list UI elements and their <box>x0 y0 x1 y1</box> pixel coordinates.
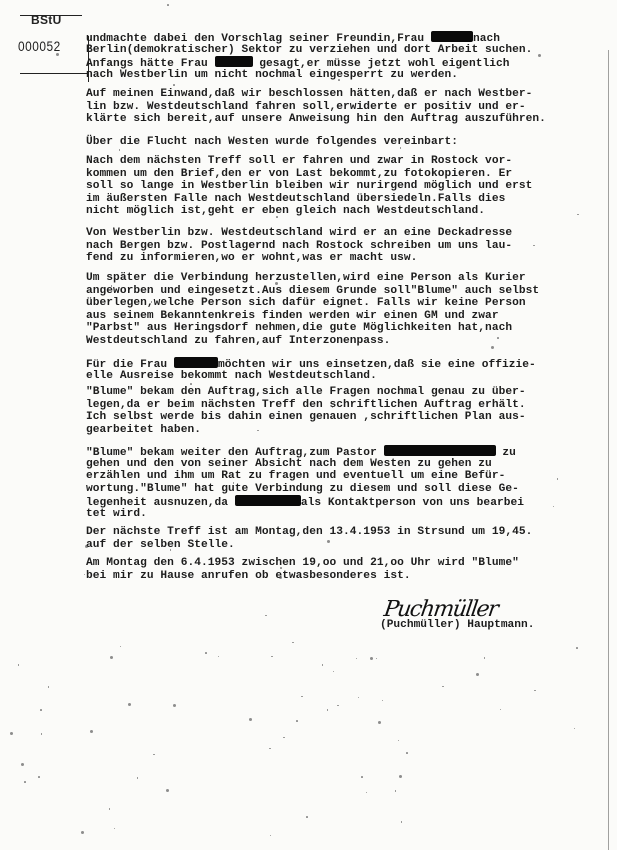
scan-speck <box>378 721 381 724</box>
scan-speck <box>276 216 278 218</box>
text-segment: Um später die Verbindung herzustellen,wi… <box>86 272 526 284</box>
text-line: erzählen und ihm um Rat zu fragen und ev… <box>86 470 505 482</box>
scan-speck <box>137 777 139 779</box>
text-line: "Blume" bekam den Auftrag,sich alle Frag… <box>86 386 526 398</box>
scan-speck <box>322 664 324 666</box>
text-segment: Nach dem nächsten Treff soll er fahren u… <box>86 155 512 167</box>
scan-speck <box>18 664 20 666</box>
text-segment: zu <box>496 447 516 459</box>
text-segment: wortung."Blume" hat gute Verbindung zu d… <box>86 483 519 495</box>
scan-speck <box>249 718 252 721</box>
text-segment: Auf meinen Einwand,daß wir beschlossen h… <box>86 88 532 100</box>
text-line: bei mir zu Hause anrufen ob etwasbesonde… <box>86 570 411 582</box>
scan-speck <box>109 808 111 810</box>
text-line: gearbeitet haben. <box>86 424 201 436</box>
text-segment: klärte sich bereit,auf unsere Anweisung … <box>86 113 546 125</box>
scan-speck <box>553 506 555 508</box>
text-line: fend zu informieren,wo er wohnt,was er m… <box>86 252 417 264</box>
document-page: BStU 000052 undmachte dabei den Vorschla… <box>0 0 617 850</box>
archive-label: BStU <box>31 13 62 27</box>
scan-speck <box>170 549 172 551</box>
scan-speck <box>265 615 267 617</box>
text-line: aus seinem Bekanntenkreis finden werden … <box>86 310 499 322</box>
text-segment: erzählen und ihm um Rat zu fragen und ev… <box>86 470 505 482</box>
text-segment: "Blume" bekam den Auftrag,sich alle Frag… <box>86 386 526 398</box>
text-line: Um später die Verbindung herzustellen,wi… <box>86 272 526 284</box>
scan-speck <box>356 658 358 660</box>
scan-speck <box>533 245 535 247</box>
text-segment: angeworben und eingesetzt.Aus diesem Gru… <box>86 285 539 297</box>
scan-speck <box>332 407 334 409</box>
text-line: Auf meinen Einwand,daß wir beschlossen h… <box>86 88 532 100</box>
scan-speck <box>337 705 339 707</box>
text-line: legenheit ausnuzen,da als Kontaktperson … <box>86 495 524 509</box>
scan-speck <box>270 835 272 837</box>
scan-speck <box>85 545 88 548</box>
text-line: nach Bergen bzw. Postlagernd nach Rostoc… <box>86 240 512 252</box>
text-segment: gearbeitet haben. <box>86 424 201 436</box>
text-segment: lin bzw. Westdeutschland fahren soll,erw… <box>86 101 526 113</box>
text-segment: als Kontaktperson von uns bearbei <box>301 497 524 509</box>
scan-speck <box>271 656 273 658</box>
scan-speck <box>257 430 259 432</box>
scan-speck <box>327 709 329 711</box>
scan-speck <box>24 781 26 783</box>
scan-speck <box>576 647 578 649</box>
scan-speck <box>283 737 285 739</box>
scan-speck <box>190 383 192 385</box>
scan-speck <box>577 214 579 216</box>
scan-speck <box>128 703 131 706</box>
text-line: lin bzw. Westdeutschland fahren soll,erw… <box>86 101 526 113</box>
text-segment: überlegen,welche Person sich dafür eigne… <box>86 297 526 309</box>
text-line: elle Ausreise bekommt nach Westdeutschla… <box>86 370 377 382</box>
text-segment: kommen um den Brief,den er von Last beko… <box>86 168 512 180</box>
scan-speck <box>395 790 397 792</box>
scan-speck <box>296 720 298 722</box>
scan-speck <box>114 828 116 830</box>
scan-speck <box>205 652 207 654</box>
scan-speck <box>280 567 282 569</box>
redaction-block <box>384 445 496 456</box>
scan-speck <box>497 337 499 339</box>
scan-speck <box>401 821 403 823</box>
text-line: wortung."Blume" hat gute Verbindung zu d… <box>86 483 519 495</box>
text-segment: aus seinem Bekanntenkreis finden werden … <box>86 310 499 322</box>
text-segment: nicht möglich ist,geht er eben gleich na… <box>86 205 485 217</box>
scan-speck <box>476 673 479 676</box>
text-segment: nach Bergen bzw. Postlagernd nach Rostoc… <box>86 240 512 252</box>
page-edge <box>608 50 609 850</box>
text-segment: legen,da er beim nächsten Treff den schr… <box>86 399 526 411</box>
text-line: überlegen,welche Person sich dafür eigne… <box>86 297 526 309</box>
scan-speck <box>111 285 113 287</box>
scan-speck <box>173 84 175 86</box>
text-line: kommen um den Brief,den er von Last beko… <box>86 168 512 180</box>
scan-speck <box>376 658 378 660</box>
scan-speck <box>90 730 93 733</box>
scan-speck <box>167 4 169 6</box>
scan-speck <box>433 171 435 173</box>
text-line: nach Westberlin um nicht nochmal eingesp… <box>86 69 458 81</box>
text-segment: Ich selbst werde bis dahin einen genauen… <box>86 411 526 423</box>
archive-page-number: 000052 <box>18 39 61 54</box>
text-line: im äußersten Falle nach Westdeutschland … <box>86 193 505 205</box>
text-segment: Berlin(demokratischer) Sektor zu verzieh… <box>86 44 532 56</box>
text-segment: elle Ausreise bekommt nach Westdeutschla… <box>86 370 377 382</box>
text-segment: auf der selben Stelle. <box>86 539 235 551</box>
text-segment: Über die Flucht nach Westen wurde folgen… <box>86 136 458 148</box>
scan-speck <box>10 732 13 735</box>
text-segment: Am Montag den 6.4.1953 zwischen 19,oo un… <box>86 557 519 569</box>
text-line: klärte sich bereit,auf unsere Anweisung … <box>86 113 546 125</box>
scan-speck <box>484 657 486 659</box>
scan-speck <box>491 346 494 349</box>
redaction-block <box>431 31 473 42</box>
scan-speck <box>40 709 42 711</box>
text-segment: tet wird. <box>86 508 147 520</box>
scan-speck <box>38 776 40 778</box>
text-line: Von Westberlin bzw. Westdeutschland wird… <box>86 227 512 239</box>
scan-speck <box>48 686 50 688</box>
redaction-block <box>235 495 301 506</box>
scan-speck <box>538 54 541 57</box>
scan-speck <box>400 147 402 149</box>
scan-speck <box>327 540 330 543</box>
scan-speck <box>292 642 294 644</box>
text-segment: gehen und den von seiner Absicht nach de… <box>86 458 492 470</box>
scan-speck <box>56 53 59 56</box>
text-line: angeworben und eingesetzt.Aus diesem Gru… <box>86 285 539 297</box>
scan-speck <box>166 789 169 792</box>
text-segment: Westdeutschland zu fahren,auf Interzonen… <box>86 335 390 347</box>
scan-speck <box>370 657 373 660</box>
signature-typed-name: (Puchmüller) Hauptmann. <box>380 619 534 631</box>
text-segment: Der nächste Treff ist am Montag,den 13.4… <box>86 526 532 538</box>
scan-speck <box>399 775 402 778</box>
text-segment: "Parbst" aus Heringsdorf nehmen,die gute… <box>86 322 512 334</box>
text-line: legen,da er beim nächsten Treff den schr… <box>86 399 526 411</box>
scan-speck <box>218 656 220 658</box>
text-line: Über die Flucht nach Westen wurde folgen… <box>86 136 458 148</box>
text-segment: soll so lange in Westberlin bleiben wir … <box>86 180 532 192</box>
text-line: Berlin(demokratischer) Sektor zu verzieh… <box>86 44 532 56</box>
scan-speck <box>269 748 271 750</box>
text-line: Westdeutschland zu fahren,auf Interzonen… <box>86 335 390 347</box>
text-line: Nach dem nächsten Treff soll er fahren u… <box>86 155 512 167</box>
text-segment: im äußersten Falle nach Westdeutschland … <box>86 193 505 205</box>
scan-speck <box>333 671 335 673</box>
text-line: nicht möglich ist,geht er eben gleich na… <box>86 205 485 217</box>
text-line: "Parbst" aus Heringsdorf nehmen,die gute… <box>86 322 512 334</box>
scan-speck <box>382 700 384 702</box>
scan-speck <box>500 709 502 711</box>
scan-speck <box>534 690 536 692</box>
text-segment: fend zu informieren,wo er wohnt,was er m… <box>86 252 417 264</box>
header-rule-bottom <box>20 73 88 74</box>
scan-speck <box>306 816 308 818</box>
text-segment: bei mir zu Hause anrufen ob etwasbesonde… <box>86 570 411 582</box>
text-segment: nach Westberlin um nicht nochmal eingesp… <box>86 69 458 81</box>
text-line: Ich selbst werde bis dahin einen genauen… <box>86 411 526 423</box>
scan-speck <box>358 697 360 699</box>
text-line: gehen und den von seiner Absicht nach de… <box>86 458 492 470</box>
text-line: Am Montag den 6.4.1953 zwischen 19,oo un… <box>86 557 519 569</box>
text-line: soll so lange in Westberlin bleiben wir … <box>86 180 532 192</box>
scan-speck <box>21 763 24 766</box>
scan-speck <box>338 79 340 81</box>
scan-speck <box>361 776 363 778</box>
scan-speck <box>398 740 400 742</box>
text-segment: Von Westberlin bzw. Westdeutschland wird… <box>86 227 512 239</box>
redaction-block <box>215 56 253 67</box>
scan-speck <box>442 686 444 688</box>
scan-speck <box>301 696 303 698</box>
redaction-block <box>174 357 218 368</box>
scan-speck <box>406 752 408 754</box>
text-line: tet wird. <box>86 508 147 520</box>
scan-speck <box>119 149 121 151</box>
scan-speck <box>110 656 113 659</box>
scan-speck <box>41 733 43 735</box>
scan-speck <box>366 792 368 794</box>
scan-speck <box>81 831 84 834</box>
scan-speck <box>557 478 559 480</box>
text-line: auf der selben Stelle. <box>86 539 235 551</box>
scan-speck <box>89 377 91 379</box>
scan-speck <box>173 704 176 707</box>
scan-speck <box>120 646 122 648</box>
scan-speck <box>153 754 155 756</box>
text-line: Der nächste Treff ist am Montag,den 13.4… <box>86 526 532 538</box>
scan-speck <box>574 728 576 730</box>
